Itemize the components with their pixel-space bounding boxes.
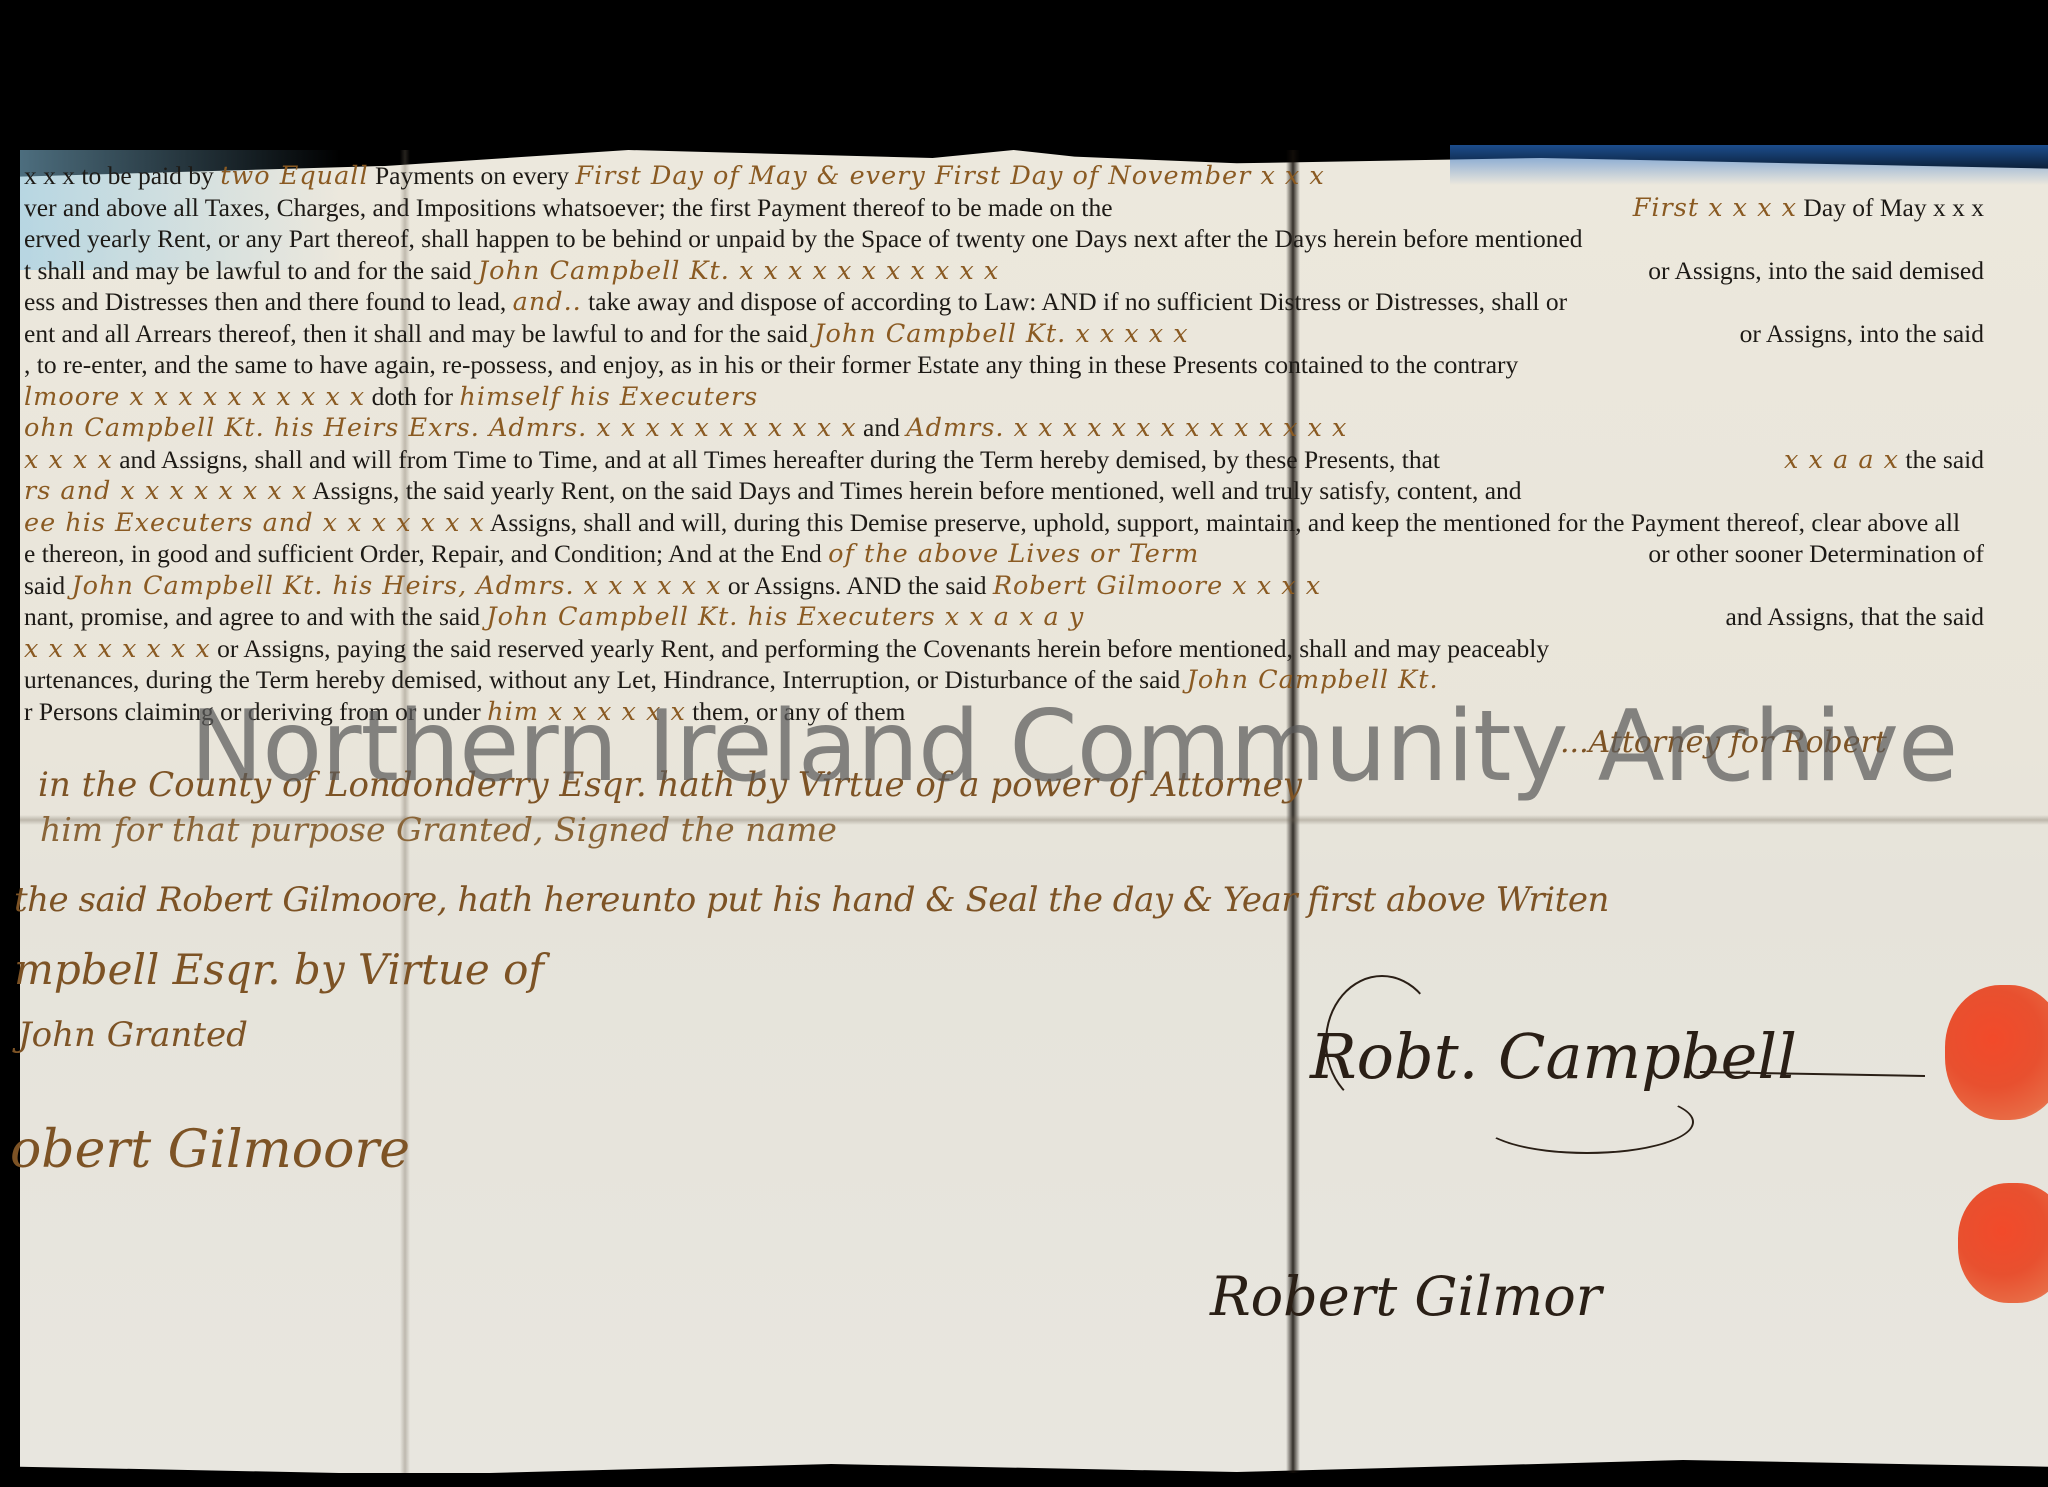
text-line: rs and x x x x x x x x Assigns, the said… <box>24 475 1984 507</box>
handwritten-clause: the said Robert Gilmoore, hath hereunto … <box>14 880 1609 920</box>
handwritten-clause: mpbell Esqr. by Virtue of <box>14 945 544 994</box>
text-line: lmoore x x x x x x x x x x doth for hims… <box>24 381 1984 413</box>
printed-text: Assigns, the said yearly Rent, on the sa… <box>312 476 1521 505</box>
handwritten-entry: John Campbell Kt. x x x x x x x x x x x <box>478 256 999 286</box>
text-line: ee his Executers and x x x x x x x Assig… <box>24 507 1984 539</box>
text-line: x x x x and Assigns, shall and will from… <box>24 444 1984 476</box>
printed-text: or Assigns, into the said <box>1740 318 1984 350</box>
text-line: ohn Campbell Kt. his Heirs Exrs. Admrs. … <box>24 412 1984 444</box>
printed-text: t shall and may be lawful to and for the… <box>24 256 472 285</box>
printed-text: ess and Distresses then and there found … <box>24 287 506 316</box>
printed-text: Day of May x x x <box>1803 193 1984 222</box>
printed-text: x x x to be paid by <box>24 161 214 190</box>
printed-text: Assigns, shall and will, during this Dem… <box>490 508 1960 537</box>
text-line: nant, promise, and agree to and with the… <box>24 601 1984 633</box>
printed-text: doth for <box>372 382 453 411</box>
text-line: said John Campbell Kt. his Heirs, Admrs.… <box>24 570 1984 602</box>
handwritten-entry: two Equall <box>220 161 368 191</box>
handwritten-entry: him x x x x x x <box>487 697 686 727</box>
text-line: ess and Distresses then and there found … <box>24 286 1984 318</box>
printed-text: or Assigns. AND the said <box>728 571 987 600</box>
printed-text: take away and dispose of according to La… <box>588 287 1567 316</box>
text-line: ent and all Arrears thereof, then it sha… <box>24 318 1984 350</box>
printed-lease-text: x x x to be paid by two Equall Payments … <box>24 160 1984 727</box>
signature-gilmor: Robert Gilmor <box>1210 1265 1602 1328</box>
printed-text: nant, promise, and agree to and with the… <box>24 602 480 631</box>
printed-text: r Persons claiming or deriving from or u… <box>24 697 481 726</box>
printed-text: Payments on every <box>375 161 569 190</box>
printed-text: said <box>24 571 65 600</box>
handwritten-clause: him for that purpose Granted, Signed the… <box>40 810 837 849</box>
handwritten-entry: lmoore x x x x x x x x x x <box>24 382 365 412</box>
handwritten-entry: x x x x <box>24 445 113 475</box>
signature-flourish <box>1480 1090 1694 1154</box>
text-line: t shall and may be lawful to and for the… <box>24 255 1984 287</box>
handwritten-entry: Admrs. x x x x x x x x x x x x x x <box>906 413 1347 443</box>
printed-text: urtenances, during the Term hereby demis… <box>24 665 1180 694</box>
printed-text: , to re-enter, and the same to have agai… <box>24 349 1518 381</box>
printed-text: and Assigns, shall and will from Time to… <box>119 445 1440 474</box>
handwritten-entry: x x a a x <box>1784 445 1899 475</box>
handwritten-entry: John Campbell Kt. <box>1187 665 1439 695</box>
handwritten-entry: himself his Executers <box>459 382 758 412</box>
printed-text: them, or any of them <box>692 697 905 726</box>
handwritten-entry: of the above Lives or Term <box>828 539 1199 569</box>
handwritten-entry: First x x x x <box>1633 193 1797 223</box>
handwritten-clause: obert Gilmoore <box>10 1120 410 1180</box>
text-line: ver and above all Taxes, Charges, and Im… <box>24 192 1984 224</box>
handwritten-entry: Robert Gilmoore x x x x <box>993 571 1321 601</box>
printed-text: or Assigns, paying the said reserved yea… <box>217 634 1549 663</box>
text-line: x x x x x x x x or Assigns, paying the s… <box>24 633 1984 665</box>
text-line: , to re-enter, and the same to have agai… <box>24 349 1984 381</box>
handwritten-entry: rs and x x x x x x x x <box>24 476 307 506</box>
handwritten-entry: x x x x x x x x <box>24 634 211 664</box>
handwritten-entry: First Day of May & every First Day of No… <box>575 161 1324 191</box>
scan-border <box>0 1473 2048 1487</box>
handwritten-entry: ee his Executers and x x x x x x x <box>24 508 485 538</box>
wax-seal <box>1945 985 2048 1120</box>
handwritten-entry: and.. <box>513 287 582 317</box>
handwritten-entry: ohn Campbell Kt. his Heirs Exrs. Admrs. … <box>24 413 857 443</box>
printed-text: and Assigns, that the said <box>1725 601 1984 633</box>
text-line: erved yearly Rent, or any Part thereof, … <box>24 223 1984 255</box>
text-line: e thereon, in good and sufficient Order,… <box>24 538 1984 570</box>
text-line: urtenances, during the Term hereby demis… <box>24 664 1984 696</box>
printed-text: erved yearly Rent, or any Part thereof, … <box>24 223 1583 255</box>
handwritten-entry: John Campbell Kt. his Executers x x a x … <box>486 602 1084 632</box>
printed-text: the said <box>1905 445 1984 474</box>
printed-text: ent and all Arrears thereof, then it sha… <box>24 319 808 348</box>
printed-text: ver and above all Taxes, Charges, and Im… <box>24 192 1113 224</box>
printed-text: or other sooner Determination of <box>1648 538 1984 570</box>
printed-text: and <box>863 413 900 442</box>
wax-seal <box>1958 1183 2048 1303</box>
handwritten-clause: John Granted <box>18 1015 248 1055</box>
printed-text: e thereon, in good and sufficient Order,… <box>24 539 822 568</box>
printed-text: or Assigns, into the said demised <box>1648 255 1984 287</box>
handwritten-entry: John Campbell Kt. x x x x x <box>814 319 1188 349</box>
handwritten-entry: John Campbell Kt. his Heirs, Admrs. x x … <box>71 571 721 601</box>
text-line: x x x to be paid by two Equall Payments … <box>24 160 1984 192</box>
text-line: r Persons claiming or deriving from or u… <box>24 696 1984 728</box>
handwritten-clause: in the County of Londonderry Esqr. hath … <box>38 765 1302 805</box>
signature-flourish <box>1325 975 1439 1109</box>
handwritten-clause: ...Attorney for Robert <box>1560 725 1887 760</box>
